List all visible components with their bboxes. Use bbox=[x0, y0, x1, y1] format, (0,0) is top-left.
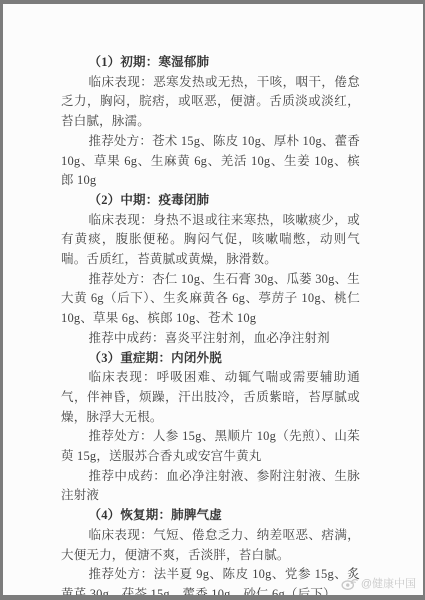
section-recovery-stage: （4）恢复期：肺脾气虚 临床表现：气短、倦怠乏力、纳差呕恶、痞满，大便无力，便溏… bbox=[61, 506, 360, 595]
section-title: （1）初期：寒湿郁肺 bbox=[61, 53, 360, 73]
clinical-manifestations-text: 临床表现：身热不退或往来寒热，咳嗽痰少，或有黄痰，腹胀便秘。胸闷气促，咳嗽喘憋，… bbox=[61, 211, 360, 270]
section-title: （3）重症期：内闭外脱 bbox=[61, 349, 360, 369]
section-title: （4）恢复期：肺脾气虚 bbox=[61, 506, 360, 526]
document-body: （1）初期：寒湿郁肺 临床表现：恶寒发热或无热，干咳，咽干，倦怠乏力，胸闷，脘痞… bbox=[61, 53, 360, 595]
weibo-logo-icon bbox=[341, 576, 358, 590]
recommended-patent-medicine-text: 推荐中成药：血必净注射液、参附注射液、生脉注射液 bbox=[61, 467, 360, 506]
recommended-patent-medicine-text: 推荐中成药：喜炎平注射剂，血必净注射剂 bbox=[61, 329, 360, 349]
section-middle-stage: （2）中期：疫毒闭肺 临床表现：身热不退或往来寒热，咳嗽痰少，或有黄痰，腹胀便秘… bbox=[61, 191, 360, 349]
clinical-manifestations-text: 临床表现：气短、倦怠乏力、纳差呕恶、痞满，大便无力，便溏不爽，舌淡胖，苔白腻。 bbox=[61, 526, 360, 565]
section-title: （2）中期：疫毒闭肺 bbox=[61, 191, 360, 211]
screenshot-root: { "document": { "sections": [ { "title":… bbox=[0, 0, 425, 600]
clinical-manifestations-text: 临床表现：恶寒发热或无热，干咳，咽干，倦怠乏力，胸闷，脘痞，或呕恶，便溏。舌质淡… bbox=[61, 73, 360, 132]
section-initial-stage: （1）初期：寒湿郁肺 临床表现：恶寒发热或无热，干咳，咽干，倦怠乏力，胸闷，脘痞… bbox=[61, 53, 360, 191]
clinical-manifestations-text: 临床表现：呼吸困难、动辄气喘或需要辅助通气，伴神昏，烦躁，汗出肢冷，舌质紫暗，苔… bbox=[61, 368, 360, 427]
recommended-prescription-text: 推荐处方：人参 15g、黑顺片 10g（先煎）、山茱萸 15g，送服苏合香丸或安… bbox=[61, 427, 360, 466]
watermark-handle: @健康中国 bbox=[361, 575, 416, 591]
watermark: @健康中国 bbox=[341, 575, 416, 591]
section-severe-stage: （3）重症期：内闭外脱 临床表现：呼吸困难、动辄气喘或需要辅助通气，伴神昏，烦躁… bbox=[61, 349, 360, 507]
document-page: （1）初期：寒湿郁肺 临床表现：恶寒发热或无热，干咳，咽干，倦怠乏力，胸闷，脘痞… bbox=[3, 4, 423, 595]
recommended-prescription-text: 推荐处方：苍术 15g、陈皮 10g、厚朴 10g、藿香 10g、草果 6g、生… bbox=[61, 132, 360, 191]
recommended-prescription-text: 推荐处方：法半夏 9g、陈皮 10g、党参 15g、炙黄芪 30g、茯苓 15g… bbox=[61, 565, 360, 595]
recommended-prescription-text: 推荐处方：杏仁 10g、生石膏 30g、瓜蒌 30g、生大黄 6g（后下）、生炙… bbox=[61, 270, 360, 329]
